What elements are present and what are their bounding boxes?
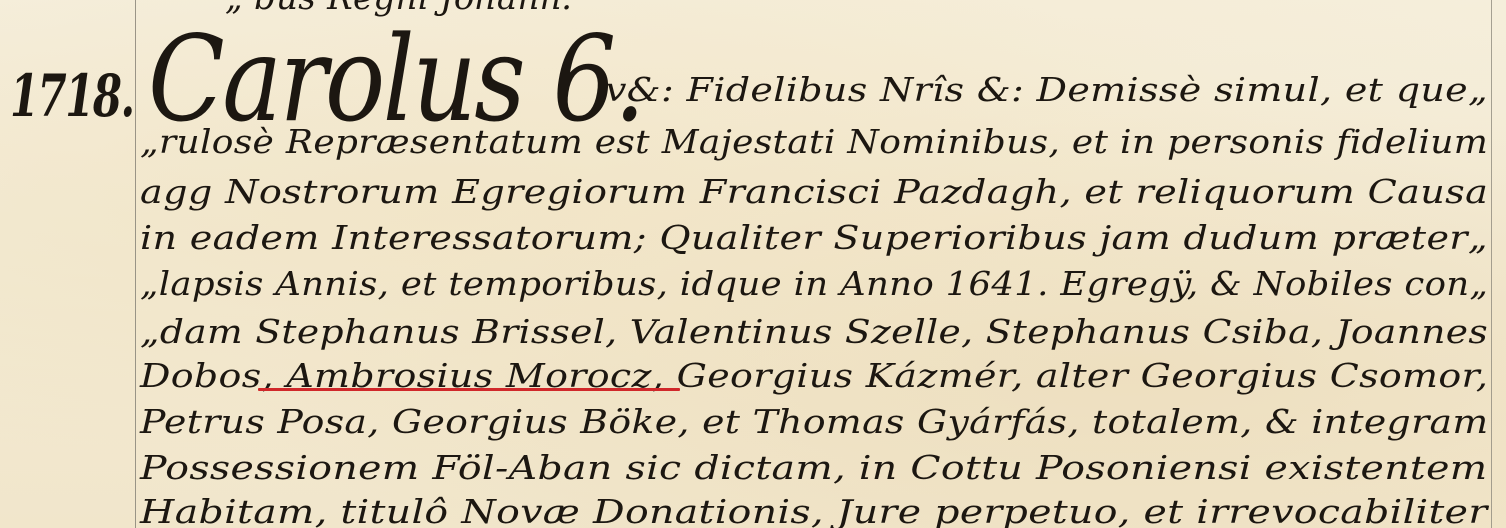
margin-rule-line xyxy=(135,0,136,528)
right-margin-rule-line xyxy=(1491,0,1492,528)
text-line-5: „lapsis Annis, et temporibus, idque in A… xyxy=(140,264,1488,303)
text-line-3: agg Nostrorum Egregiorum Francisci Pazda… xyxy=(140,172,1488,211)
text-line-2: „rulosè Repræsentatum est Majestati Nomi… xyxy=(140,122,1488,161)
text-line-1: v&: Fidelibus Nrîs &: Demissè simul, et … xyxy=(605,70,1488,109)
margin-entry-number: 1718. xyxy=(10,62,134,130)
red-underline-highlight xyxy=(258,388,680,391)
text-line-6: „dam Stephanus Brissel, Valentinus Szell… xyxy=(140,312,1488,351)
manuscript-page: „ bus Regni Johann: 1718. Carolus 6. v&:… xyxy=(0,0,1506,528)
text-line-10: Habitam, titulô Novæ Donationis, Jure pe… xyxy=(140,492,1488,528)
text-line-8: Petrus Posa, Georgius Böke, et Thomas Gy… xyxy=(140,402,1488,441)
text-line-9: Possessionem Föl-Aban sic dictam, in Cot… xyxy=(140,448,1488,487)
text-line-4: in eadem Interessatorum; Qualiter Superi… xyxy=(140,218,1488,257)
